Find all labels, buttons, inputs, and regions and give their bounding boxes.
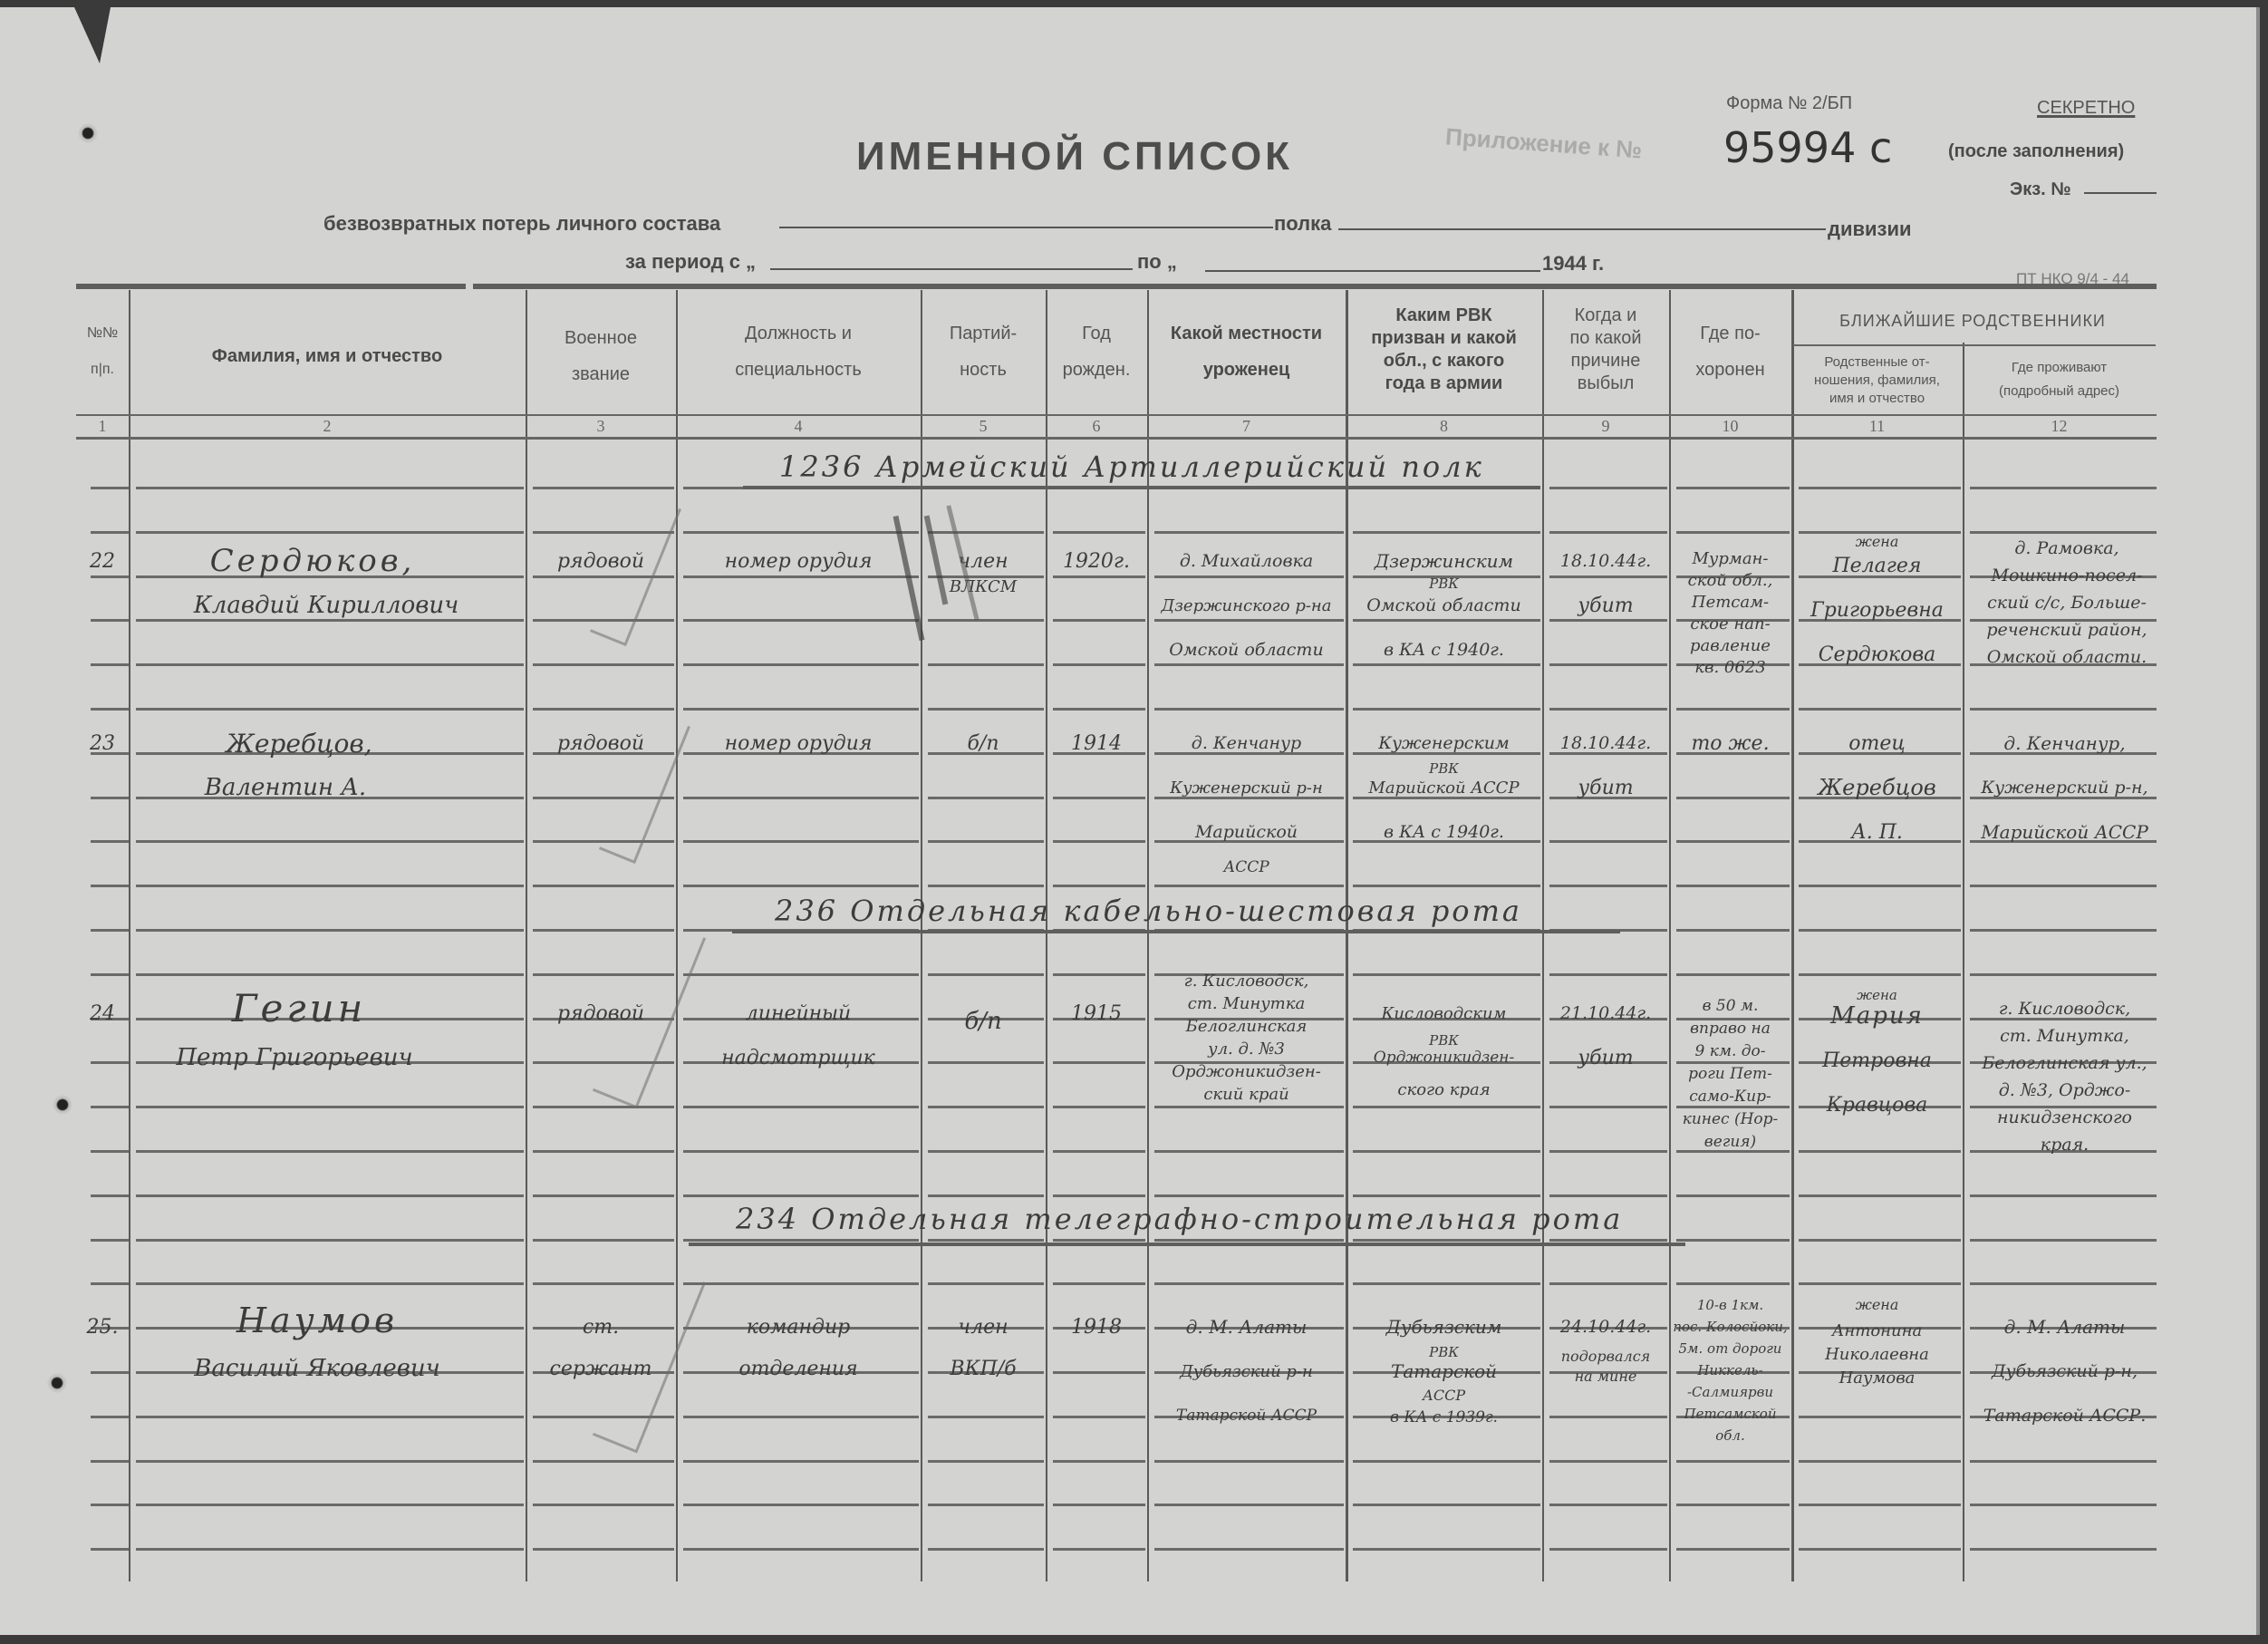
ruled-line bbox=[1549, 1460, 1667, 1463]
position: номер орудия bbox=[676, 721, 921, 766]
relative-name: Григорьевна bbox=[1791, 588, 1963, 633]
ruled-line bbox=[533, 663, 674, 666]
ruled-line bbox=[1053, 1239, 1145, 1242]
ruled-line bbox=[683, 973, 919, 976]
ruled-line bbox=[928, 1239, 1044, 1242]
ruled-line bbox=[1676, 1239, 1790, 1242]
ruled-line bbox=[683, 1416, 919, 1418]
birthplace: Татарской АССР bbox=[1147, 1394, 1346, 1438]
faded-stamp: Приложение к № bbox=[1444, 122, 1643, 164]
ruled-line bbox=[1549, 487, 1667, 489]
ruled-line bbox=[1970, 929, 2157, 932]
rvk: в КА с 1940г. bbox=[1346, 810, 1542, 855]
burial-place: Мурман- ской обл., Петсам- ское нап- рав… bbox=[1669, 548, 1791, 679]
ruled-line bbox=[136, 840, 524, 843]
copy-label: Экз. № bbox=[2010, 179, 2071, 200]
ruled-line bbox=[1053, 1460, 1145, 1463]
relative-address: Татарской АССР. bbox=[1963, 1394, 2167, 1438]
col-number: 3 bbox=[526, 417, 676, 436]
ruled-line bbox=[136, 1282, 524, 1285]
ruled-line bbox=[1353, 1194, 1540, 1197]
ruled-line bbox=[1676, 885, 1790, 887]
ruled-line bbox=[91, 1239, 129, 1242]
birthplace: д. Кенчанур bbox=[1147, 721, 1346, 766]
ruled-line bbox=[533, 1106, 674, 1108]
ruled-line bbox=[928, 973, 1044, 976]
ruled-line bbox=[928, 1548, 1044, 1551]
ruled-line bbox=[928, 619, 1044, 622]
relation: жена bbox=[1791, 1294, 1963, 1316]
ruled-line bbox=[91, 1416, 129, 1418]
period-start-blank[interactable] bbox=[770, 268, 1133, 270]
ruled-line bbox=[1053, 1282, 1145, 1285]
ruled-line bbox=[1549, 1106, 1667, 1108]
ruled-line bbox=[683, 1194, 919, 1197]
ruled-line bbox=[136, 531, 524, 534]
header-bottom-rule bbox=[76, 437, 2157, 440]
ruled-line bbox=[1799, 1460, 1961, 1463]
ruled-line bbox=[1353, 1504, 1540, 1506]
ruled-line bbox=[683, 1282, 919, 1285]
punch-hole bbox=[47, 1373, 67, 1393]
ruled-line bbox=[533, 1460, 674, 1463]
given-names: Петр Григорьевич bbox=[136, 1036, 453, 1080]
ruled-line bbox=[1353, 1239, 1540, 1242]
ruled-line bbox=[1053, 885, 1145, 887]
birthplace: Дзержинского р-на bbox=[1147, 584, 1346, 628]
position: номер орудия bbox=[676, 539, 921, 584]
ruled-line bbox=[1053, 619, 1145, 622]
surname: Гегин bbox=[181, 986, 417, 1030]
ruled-line bbox=[91, 1371, 129, 1374]
rvk: ского края bbox=[1346, 1068, 1542, 1112]
ruled-line bbox=[91, 531, 129, 534]
ruled-line bbox=[91, 1061, 129, 1064]
row-number: 22 bbox=[76, 539, 129, 584]
birthplace: д. Михайловка bbox=[1147, 539, 1346, 584]
ruled-line bbox=[1549, 1150, 1667, 1153]
torn-corner bbox=[74, 7, 111, 63]
relative-name: А. П. bbox=[1791, 810, 1963, 855]
ruled-line bbox=[1549, 973, 1667, 976]
period-to-label: по „ bbox=[1137, 250, 1177, 274]
period-label: за период с „ bbox=[625, 250, 756, 274]
rvk: в КА с 1940г. bbox=[1346, 628, 1542, 672]
col9-header: Когда и по какой причине выбыл bbox=[1542, 305, 1669, 395]
punch-hole bbox=[78, 123, 98, 143]
col-number: 12 bbox=[1963, 417, 2156, 436]
position: надсмотрщик bbox=[676, 1036, 921, 1080]
section-underline bbox=[732, 930, 1620, 933]
relative-address: Марийской АССР bbox=[1963, 810, 2167, 855]
reason-out: убит bbox=[1542, 1036, 1669, 1080]
col3-header: Военное звание bbox=[526, 320, 676, 392]
ruled-line bbox=[1970, 487, 2157, 489]
ruled-line bbox=[1053, 1194, 1145, 1197]
ruled-line bbox=[136, 663, 524, 666]
ruled-line bbox=[1053, 1416, 1145, 1418]
ruled-line bbox=[1799, 973, 1961, 976]
ruled-line bbox=[1053, 1061, 1145, 1064]
ruled-line bbox=[928, 1282, 1044, 1285]
section-underline bbox=[743, 486, 1540, 489]
given-names: Валентин А. bbox=[136, 766, 435, 810]
ruled-line bbox=[1799, 708, 1961, 711]
relative-name: Мария bbox=[1791, 994, 1963, 1039]
birth-year: 1914 bbox=[1046, 721, 1147, 766]
ruled-line bbox=[928, 1460, 1044, 1463]
surname: Наумов bbox=[181, 1299, 453, 1343]
ruled-line bbox=[136, 1504, 524, 1506]
ruled-line bbox=[91, 619, 129, 622]
archive-number: 95994 с bbox=[1723, 123, 1892, 172]
ruled-line bbox=[91, 1106, 129, 1108]
section-underline bbox=[689, 1243, 1685, 1246]
col-number: 5 bbox=[921, 417, 1046, 436]
given-names: Клавдий Кириллович bbox=[136, 584, 516, 628]
ruled-line bbox=[1676, 1460, 1790, 1463]
ruled-line bbox=[136, 973, 524, 976]
ruled-line bbox=[533, 929, 674, 932]
party: б/п bbox=[921, 721, 1046, 766]
table-top-rule bbox=[76, 284, 466, 289]
relative-address: д. Рамовка, Мошкино-посел- ский с/с, Бол… bbox=[1963, 535, 2171, 671]
ruled-line bbox=[136, 929, 524, 932]
relative-address: г. Кисловодск, ст. Минутка, Белоглинская… bbox=[1963, 995, 2167, 1158]
ruled-line bbox=[683, 840, 919, 843]
column-divider bbox=[129, 290, 130, 1581]
col-number: 2 bbox=[129, 417, 526, 436]
ruled-line bbox=[91, 1504, 129, 1506]
ruled-line bbox=[1053, 1548, 1145, 1551]
ruled-line bbox=[1799, 1504, 1961, 1506]
ruled-line bbox=[1549, 840, 1667, 843]
col-number: 6 bbox=[1046, 417, 1147, 436]
reason-out: подорвался на мине bbox=[1542, 1347, 1669, 1387]
date-out: 21.10.44г. bbox=[1542, 991, 1669, 1036]
punch-hole bbox=[53, 1095, 72, 1115]
relatives-group-header: БЛИЖАЙШИЕ РОДСТВЕННИКИ bbox=[1791, 305, 2154, 337]
ruled-line bbox=[928, 1416, 1044, 1418]
ruled-line bbox=[1353, 1282, 1540, 1285]
ruled-line bbox=[1549, 708, 1667, 711]
date-out: 18.10.44г. bbox=[1542, 721, 1669, 766]
table-top-rule bbox=[473, 284, 2157, 289]
ruled-line bbox=[1549, 1548, 1667, 1551]
document-sheet: ИМЕННОЙ СПИСОК Форма № 2/БП Приложение к… bbox=[0, 7, 2260, 1635]
ruled-line bbox=[1549, 1194, 1667, 1197]
ruled-line bbox=[1353, 973, 1540, 976]
ruled-line bbox=[91, 1194, 129, 1197]
ruled-line bbox=[91, 797, 129, 799]
ruled-line bbox=[91, 1150, 129, 1153]
birthplace: г. Кисловодск, ст. Минутка Белоглинская … bbox=[1147, 970, 1346, 1106]
ruled-line bbox=[1154, 531, 1344, 534]
regiment-label: полка bbox=[1274, 212, 1331, 236]
ruled-line bbox=[928, 1061, 1044, 1064]
relative-name: Сердюкова bbox=[1791, 633, 1963, 677]
row-number: 23 bbox=[76, 721, 129, 766]
ruled-line bbox=[928, 1194, 1044, 1197]
rvk: АССР bbox=[1346, 1385, 1542, 1407]
col4-header: Должность и специальность bbox=[676, 315, 921, 388]
ruled-line bbox=[1970, 1282, 2157, 1285]
relative-name: Петровна bbox=[1791, 1039, 1963, 1083]
ruled-line bbox=[1970, 1548, 2157, 1551]
reason-out: убит bbox=[1542, 584, 1669, 628]
relative-name: Антонина Николаевна Наумова bbox=[1791, 1320, 1963, 1390]
ruled-line bbox=[91, 663, 129, 666]
column-divider bbox=[1542, 290, 1544, 1581]
regiment-blank[interactable] bbox=[1338, 228, 1826, 230]
rvk: Омской области bbox=[1346, 584, 1542, 628]
section-header: 1236 Армейский Артиллерийский полк bbox=[779, 450, 1484, 484]
ruled-line bbox=[1799, 1239, 1961, 1242]
relative-address: д. М. Алаты bbox=[1963, 1305, 2167, 1349]
ruled-line bbox=[136, 1194, 524, 1197]
ruled-line bbox=[91, 929, 129, 932]
ruled-line bbox=[1799, 1416, 1961, 1418]
ruled-line bbox=[1053, 708, 1145, 711]
rvk: Марийской АССР bbox=[1346, 766, 1542, 810]
ruled-line bbox=[683, 531, 919, 534]
ruled-line bbox=[928, 885, 1044, 887]
ruled-line bbox=[91, 885, 129, 887]
ruled-line bbox=[1676, 487, 1790, 489]
ruled-line bbox=[1549, 1239, 1667, 1242]
ruled-line bbox=[1799, 885, 1961, 887]
ruled-line bbox=[683, 1239, 919, 1242]
ruled-line bbox=[1970, 531, 2157, 534]
ruled-line bbox=[683, 619, 919, 622]
ruled-line bbox=[136, 1106, 524, 1108]
ruled-line bbox=[1053, 663, 1145, 666]
birth-year: 1918 bbox=[1046, 1305, 1147, 1349]
date-out: 24.10.44г. bbox=[1542, 1305, 1669, 1349]
party: ВКП/б bbox=[921, 1347, 1046, 1391]
ruled-line bbox=[1676, 1194, 1790, 1197]
birthplace: АССР bbox=[1147, 846, 1346, 890]
ruled-line bbox=[1549, 1504, 1667, 1506]
ruled-line bbox=[1053, 1150, 1145, 1153]
birthplace: д. М. Алаты bbox=[1147, 1305, 1346, 1349]
ruled-line bbox=[683, 797, 919, 799]
secret-note: (после заполнения) bbox=[1948, 141, 2124, 162]
ruled-line bbox=[683, 1460, 919, 1463]
rvk: в КА с 1939г. bbox=[1346, 1407, 1542, 1428]
col-number: 10 bbox=[1669, 417, 1791, 436]
ruled-line bbox=[1676, 1504, 1790, 1506]
ruled-line bbox=[1799, 929, 1961, 932]
ruled-line bbox=[683, 1504, 919, 1506]
ruled-line bbox=[1676, 531, 1790, 534]
ruled-line bbox=[1970, 1460, 2157, 1463]
ruled-line bbox=[1676, 929, 1790, 932]
ruled-line bbox=[91, 1460, 129, 1463]
ruled-line bbox=[1353, 1150, 1540, 1153]
ruled-line bbox=[1676, 1548, 1790, 1551]
birth-year: 1920г. bbox=[1046, 539, 1147, 584]
ruled-line bbox=[91, 1548, 129, 1551]
ruled-line bbox=[1799, 1548, 1961, 1551]
ruled-line bbox=[1154, 1504, 1344, 1506]
surname: Жеребцов, bbox=[163, 721, 435, 766]
ruled-line bbox=[1799, 1150, 1961, 1153]
ruled-line bbox=[1154, 1548, 1344, 1551]
ruled-line bbox=[928, 1504, 1044, 1506]
section-header: 234 Отдельная телеграфно-строительная ро… bbox=[736, 1202, 1623, 1236]
ruled-line bbox=[136, 487, 524, 489]
ruled-line bbox=[1353, 1548, 1540, 1551]
ruled-line bbox=[91, 1282, 129, 1285]
ruled-line bbox=[928, 840, 1044, 843]
ruled-line bbox=[91, 840, 129, 843]
ruled-line bbox=[1154, 1239, 1344, 1242]
ruled-line bbox=[1154, 1106, 1344, 1108]
col11-header: Родственные от- ношения, фамилия, имя и … bbox=[1791, 353, 1963, 408]
position: командир bbox=[676, 1305, 921, 1349]
ruled-line bbox=[1970, 708, 2157, 711]
col2-header: Фамилия, имя и отчество bbox=[129, 338, 526, 374]
ruled-line bbox=[1970, 1504, 2157, 1506]
ruled-line bbox=[928, 1150, 1044, 1153]
ruled-line bbox=[1154, 1150, 1344, 1153]
ruled-line bbox=[91, 973, 129, 976]
ruled-line bbox=[1154, 1460, 1344, 1463]
birth-year: 1915 bbox=[1046, 991, 1147, 1036]
ruled-line bbox=[1353, 708, 1540, 711]
relative-address: Дубьязский р-н, bbox=[1963, 1349, 2167, 1394]
col5-header: Партий- ность bbox=[921, 315, 1046, 388]
page-title: ИМЕННОЙ СПИСОК bbox=[856, 134, 1293, 179]
ruled-line bbox=[683, 885, 919, 887]
burial-place: то же. bbox=[1669, 721, 1791, 766]
ruled-line bbox=[683, 663, 919, 666]
ruled-line bbox=[1676, 797, 1790, 799]
ruled-line bbox=[91, 487, 129, 489]
position: линейный bbox=[676, 991, 921, 1036]
division-label: дивизии bbox=[1828, 218, 1912, 241]
ruled-line bbox=[533, 1150, 674, 1153]
relative-name: Кравцова bbox=[1791, 1083, 1963, 1127]
ruled-line bbox=[136, 708, 524, 711]
ruled-line bbox=[928, 531, 1044, 534]
col7-header: Какой местности уроженец bbox=[1147, 315, 1346, 388]
ruled-line bbox=[1053, 797, 1145, 799]
copy-number-blank[interactable] bbox=[2084, 192, 2157, 194]
col-number: 9 bbox=[1542, 417, 1669, 436]
col1-header: №№ п|п. bbox=[76, 315, 129, 388]
party: б/п bbox=[921, 1000, 1046, 1044]
reason-out: убит bbox=[1542, 766, 1669, 810]
ruled-line bbox=[1154, 1194, 1344, 1197]
ruled-line bbox=[1353, 885, 1540, 887]
form-number: Форма № 2/БП bbox=[1726, 93, 1852, 114]
losses-label: безвозвратных потерь личного состава bbox=[323, 212, 720, 236]
row-number: 24 bbox=[76, 991, 129, 1036]
ruled-line bbox=[1053, 840, 1145, 843]
position: отделения bbox=[676, 1347, 921, 1391]
ruled-line bbox=[1970, 885, 2157, 887]
header-divider bbox=[76, 414, 2157, 416]
ruled-line bbox=[1154, 1282, 1344, 1285]
ruled-line bbox=[1549, 1416, 1667, 1418]
ruled-line bbox=[136, 1416, 524, 1418]
birthplace: Куженерский р-н bbox=[1147, 766, 1346, 810]
ruled-line bbox=[683, 1548, 919, 1551]
ruled-line bbox=[1799, 1282, 1961, 1285]
ruled-line bbox=[928, 708, 1044, 711]
relative-name: Жеребцов bbox=[1791, 766, 1963, 810]
birthplace: Дубьязский р-н bbox=[1147, 1349, 1346, 1394]
col12-header: Где проживают (подробный адрес) bbox=[1963, 356, 2156, 403]
unit-blank[interactable] bbox=[779, 227, 1273, 228]
row-number: 25. bbox=[76, 1305, 129, 1349]
ruled-line bbox=[136, 1239, 524, 1242]
ruled-line bbox=[683, 1150, 919, 1153]
ruled-line bbox=[1799, 487, 1961, 489]
ruled-line bbox=[928, 1106, 1044, 1108]
period-end-blank[interactable] bbox=[1205, 270, 1540, 272]
relative-address: д. Кенчанур, bbox=[1963, 721, 2167, 766]
ruled-line bbox=[1053, 1106, 1145, 1108]
surname: Сердюков, bbox=[163, 539, 462, 584]
burial-place: 10-в 1км. пос. Колосйоки, 5м. от дороги … bbox=[1669, 1294, 1791, 1446]
ruled-line bbox=[533, 1548, 674, 1551]
col-number: 4 bbox=[676, 417, 921, 436]
ruled-line bbox=[928, 663, 1044, 666]
given-names: Василий Яковлевич bbox=[136, 1347, 498, 1391]
col8-header: Каким РВК призван и какой обл., с какого… bbox=[1346, 305, 1542, 395]
ruled-line bbox=[1154, 708, 1344, 711]
ruled-line bbox=[1799, 1194, 1961, 1197]
ruled-line bbox=[1353, 1460, 1540, 1463]
relation: отец bbox=[1791, 721, 1963, 766]
ruled-line bbox=[533, 1504, 674, 1506]
ruled-line bbox=[136, 885, 524, 887]
ruled-line bbox=[1970, 973, 2157, 976]
ruled-line bbox=[1970, 1194, 2157, 1197]
birthplace: Омской области bbox=[1147, 628, 1346, 672]
col6-header: Год рожден. bbox=[1046, 315, 1147, 388]
section-header: 236 Отдельная кабельно-шестовая рота bbox=[775, 894, 1522, 928]
col10-header: Где по- хоронен bbox=[1669, 315, 1791, 388]
ruled-line bbox=[1970, 1239, 2157, 1242]
relatives-divider bbox=[1793, 344, 2156, 346]
ruled-line bbox=[1676, 973, 1790, 976]
ruled-line bbox=[1549, 885, 1667, 887]
date-out: 18.10.44г. bbox=[1542, 539, 1669, 584]
ruled-line bbox=[1353, 531, 1540, 534]
ruled-line bbox=[1053, 973, 1145, 976]
ruled-line bbox=[928, 797, 1044, 799]
ruled-line bbox=[1053, 1504, 1145, 1506]
col-number: 7 bbox=[1147, 417, 1346, 436]
ruled-line bbox=[1053, 531, 1145, 534]
secret-label: СЕКРЕТНО bbox=[2037, 98, 2135, 119]
year-label: 1944 г. bbox=[1542, 252, 1604, 276]
relative-address: Куженерский р-н, bbox=[1963, 766, 2167, 810]
ruled-line bbox=[683, 1106, 919, 1108]
party: член bbox=[921, 1305, 1046, 1349]
col-number: 11 bbox=[1791, 417, 1963, 436]
burial-place: в 50 м. вправо на 9 км. до- роги Пет- са… bbox=[1669, 995, 1791, 1154]
ruled-line bbox=[1676, 840, 1790, 843]
ruled-line bbox=[136, 1150, 524, 1153]
ruled-line bbox=[1053, 1371, 1145, 1374]
ruled-line bbox=[1549, 531, 1667, 534]
col-number: 8 bbox=[1346, 417, 1542, 436]
